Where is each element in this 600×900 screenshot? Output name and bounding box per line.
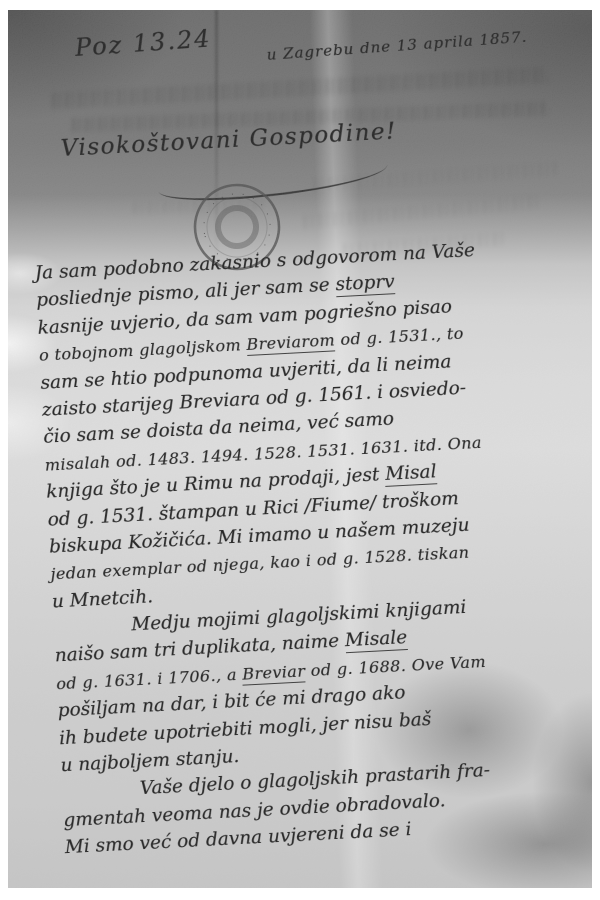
reference-number: Poz 13.24	[74, 24, 212, 61]
underlined-word: Misal	[385, 461, 437, 487]
underlined-word: Misale	[344, 627, 407, 653]
text-segment: od g. 1531., to	[334, 324, 464, 350]
underlined-word: stoprv	[335, 272, 395, 298]
text-segment: u Mnetcih.	[51, 586, 153, 612]
underlined-word: Breviar	[242, 661, 306, 685]
letter-body: Ja sam podobno zakasnio s odgovorom na V…	[34, 231, 592, 862]
place-and-date: u Zagrebu dne 13 aprila 1857.	[266, 28, 528, 64]
bleed-through-smudge	[48, 67, 548, 109]
scanned-letter-page: Poz 13.24 u Zagrebu dne 13 aprila 1857. …	[0, 0, 600, 900]
bleed-through-smudge	[298, 195, 538, 230]
underlined-word: Breviarom	[246, 331, 336, 357]
text-segment: od g. 1688. Ove Vam	[305, 652, 487, 680]
letter-photograph: Poz 13.24 u Zagrebu dne 13 aprila 1857. …	[8, 10, 592, 888]
